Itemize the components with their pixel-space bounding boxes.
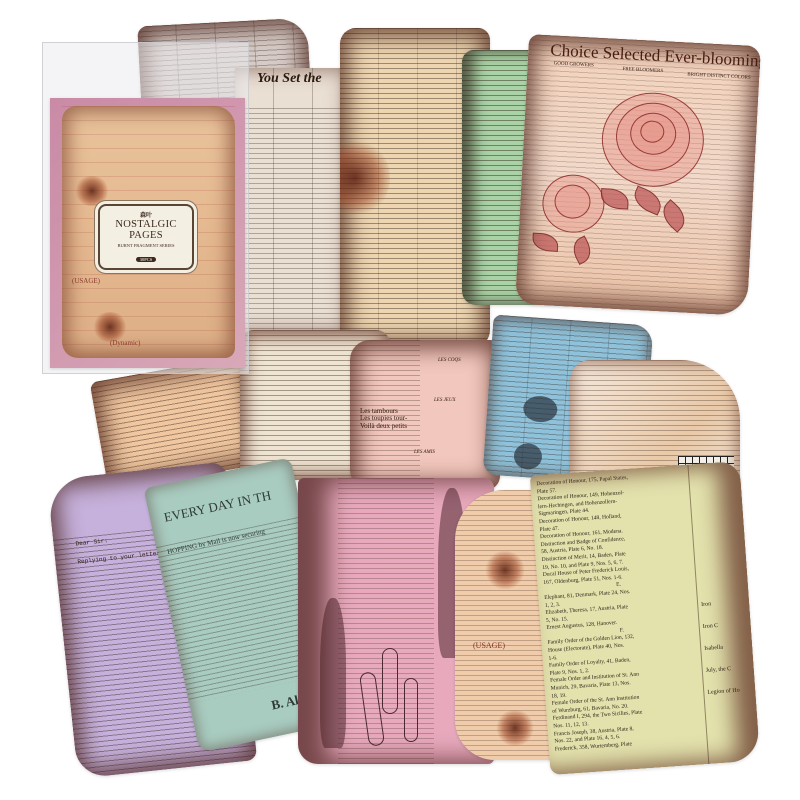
french-text: Les tambours Les toupies tour- Voilà deu… xyxy=(360,408,407,430)
product-count-badge: 30PCS xyxy=(136,257,157,262)
mint-headline: EVERY DAY IN TH xyxy=(163,488,273,524)
ledger-side-line: Legion of Ho xyxy=(707,679,756,704)
caption-les-amis: LES AMIS xyxy=(414,450,435,455)
mint-footer: B. Al xyxy=(270,693,300,712)
product-photo: You Set the Choice Selected Ever-bloomin… xyxy=(0,0,800,800)
product-title-line2: PAGES xyxy=(100,230,192,241)
fragment-ledger-page: Decoration of Honour, 175, Papal States,… xyxy=(530,461,760,775)
caption-les-coqs: LES COQS xyxy=(438,358,461,363)
fragment-rose-catalog: Choice Selected Ever-blooming Ros GOOD G… xyxy=(515,34,761,316)
thai-usage-pkg: (USAGE) xyxy=(72,278,100,285)
product-title-line1: NOSTALGIC xyxy=(100,219,192,230)
ledger-side: IronIron CIsabellaJuly, the CLegion of H… xyxy=(700,591,756,704)
brand-mark: 森叶 xyxy=(100,210,192,219)
newspaper-masthead: You Set the xyxy=(257,72,322,87)
fragment-french-illustrated: LES COQS LES JEUX LES AMIS Les tambours … xyxy=(350,340,500,490)
fragment-newspaper: You Set the xyxy=(235,68,355,333)
thai-usage: (USAGE) xyxy=(473,642,505,650)
lady-illustration-hat xyxy=(320,598,346,748)
product-series: BURNT FRAGMENT SERIES xyxy=(100,243,192,248)
ledger-text: Decoration of Honour, 175, Papal States,… xyxy=(536,471,705,754)
caption-les-jeux: LES JEUX xyxy=(434,398,456,403)
product-label: 森叶 NOSTALGIC PAGES BURNT FRAGMENT SERIES… xyxy=(98,204,194,270)
